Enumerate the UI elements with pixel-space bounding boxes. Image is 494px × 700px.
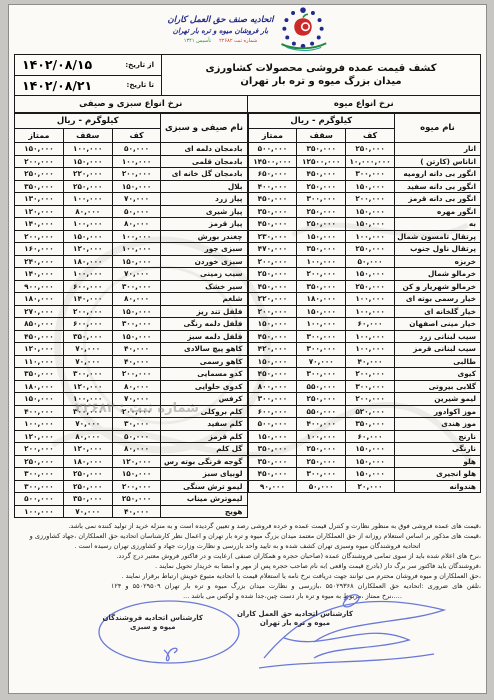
price-ceiling: ۸۰,۰۰۰: [63, 430, 112, 443]
price-ceiling: ۳۵۰,۰۰۰: [63, 330, 112, 343]
table-row: گلابی بیروتی ۳۰۰,۰۰۰ ۵۵۰,۰۰۰ ۸۰۰,۰۰۰: [248, 380, 481, 393]
price-floor: ۸۰,۰۰۰: [112, 293, 161, 306]
union-logo: اتحادیه صنف حق العمل کاران بار فروشان می…: [14, 5, 481, 54]
table-row: لیموترش میناب ۲۵۰,۰۰۰ ۳۵۰,۰۰۰ ۵۰۰,۰۰۰: [15, 493, 248, 506]
veg-col-ceiling: سقف: [63, 129, 112, 143]
price-premium: ۴۷۰,۰۰۰: [248, 243, 297, 256]
price-floor: ۱۵۰,۰۰۰: [112, 305, 161, 318]
price-premium: ۲۵۰,۰۰۰: [248, 268, 297, 281]
item-name: گل کلم: [161, 443, 247, 456]
price-ceiling: ۳۵۰,۰۰۰: [297, 143, 346, 156]
price-floor: ۴۰,۰۰۰: [112, 505, 161, 518]
price-ceiling: ۲۵۰,۰۰۰: [297, 218, 346, 231]
price-tables: نام میوه کیلوگرم - ریال کف سقف ممتاز انا…: [14, 113, 481, 518]
item-name: نارنج: [394, 430, 480, 443]
price-ceiling: ۱۸۰,۰۰۰: [297, 293, 346, 306]
item-name: کلم بروکلی: [161, 405, 247, 418]
item-name: چغندر بورش: [161, 230, 247, 243]
union-logo-text: اتحادیه صنف حق العمل کاران بار فروشان می…: [167, 15, 273, 44]
section-headers: نرخ انواع میوه نرخ انواع سبزی و صیفی: [14, 96, 481, 113]
price-ceiling: ۱۵۰,۰۰۰: [63, 230, 112, 243]
document-page: اتحادیه صنف حق العمل کاران بار فروشان می…: [8, 4, 487, 694]
title-line-2: میدان بزرگ میوه و تره بار تهران: [240, 76, 401, 87]
item-name: لیموترش میناب: [161, 493, 247, 506]
union-emblem-icon: [278, 6, 328, 54]
price-ceiling: ۱۰۰,۰۰۰: [297, 430, 346, 443]
price-floor: ۳۵۰,۰۰۰: [346, 418, 395, 431]
table-row: گوجه فرنگی بوته رس ۱۲۰,۰۰۰ ۱۸۰,۰۰۰ ۲۵۰,۰…: [15, 455, 248, 468]
price-floor: ۸۰,۰۰۰: [112, 443, 161, 456]
item-name: فلفل دلمه سبز: [161, 330, 247, 343]
note-line: ،حق العملکاران و میوه فروشان محترم می تو…: [14, 571, 481, 581]
price-floor: ۱۰۰,۰۰۰: [346, 230, 395, 243]
price-floor: ۴۰,۰۰۰: [112, 355, 161, 368]
price-ceiling: ۱۲۰,۰۰۰: [63, 243, 112, 256]
price-ceiling: ۱۲۰,۰۰۰: [63, 380, 112, 393]
price-ceiling: ۳۰۰,۰۰۰: [297, 193, 346, 206]
price-floor: ۲۵۰,۰۰۰: [346, 280, 395, 293]
price-premium: ۸۵۰,۰۰۰: [15, 318, 64, 331]
table-row: کیوی ۲۰۰,۰۰۰ ۳۰۰,۰۰۰ ۴۵۰,۰۰۰: [248, 368, 481, 381]
price-ceiling: ۱۲۰,۰۰۰: [63, 443, 112, 456]
price-ceiling: ۱۵۰,۰۰۰: [63, 155, 112, 168]
price-ceiling: ۵۰,۰۰۰: [297, 480, 346, 493]
price-premium: ۲۰۰,۰۰۰: [248, 305, 297, 318]
table-row: هلو انجیری ۱۵۰,۰۰۰ ۳۰۰,۰۰۰ ۴۵۰,۰۰۰: [248, 468, 481, 481]
note-line: ،قیمت های مذکور بر اساس استعلام روزانه ا…: [14, 531, 481, 541]
price-premium: ۴۵۰,۰۰۰: [248, 368, 297, 381]
price-ceiling: ۲۵۰,۰۰۰: [63, 180, 112, 193]
price-ceiling: ۱۴۰,۰۰۰: [63, 293, 112, 306]
table-row: سیب زمینی ۷۰,۰۰۰ ۱۰۰,۰۰۰ ۱۴۰,۰۰۰: [15, 268, 248, 281]
price-premium: ۱۴۵۰۰,۰۰۰: [248, 155, 297, 168]
item-name: سبزی جور: [161, 243, 247, 256]
table-row: پیاز قرمز ۸۰,۰۰۰ ۱۰۰,۰۰۰ ۱۴۰,۰۰۰: [15, 218, 248, 231]
price-floor: ۲۵۰,۰۰۰: [112, 493, 161, 506]
fruit-unit-header: کیلوگرم - ریال: [248, 114, 394, 129]
price-premium: ۳۵۰,۰۰۰: [15, 368, 64, 381]
item-name: سیر خشک: [161, 280, 247, 293]
price-premium: ۲۲۰,۰۰۰: [248, 293, 297, 306]
veg-name-header: نام صیفی و سبزی: [161, 114, 247, 143]
item-name: فلفل دلمه رنگی: [161, 318, 247, 331]
item-name: کاهو پیچ سالادی: [161, 343, 247, 356]
item-name: خرمالو شهریار و کن: [394, 280, 480, 293]
price-ceiling: ۴۵۰,۰۰۰: [297, 168, 346, 181]
table-row: هندوانه ۲۰,۰۰۰ ۵۰,۰۰۰ ۹۰,۰۰۰: [248, 480, 481, 493]
item-name: هلو: [394, 455, 480, 468]
item-name: کدوی حلوایی: [161, 380, 247, 393]
table-row: کاهو رسمی ۴۰,۰۰۰ ۷۰,۰۰۰ ۱۱۰,۰۰۰: [15, 355, 248, 368]
price-floor: ۴۰,۰۰۰: [346, 355, 395, 368]
price-floor: ۱۵۰,۰۰۰: [346, 205, 395, 218]
veg-unit-header: کیلوگرم - ریال: [15, 114, 161, 129]
fruit-col-premium: ممتاز: [248, 129, 297, 143]
price-floor: ۱۵۰,۰۰۰: [346, 268, 395, 281]
price-floor: ۲۰۰,۰۰۰: [346, 393, 395, 406]
price-premium: ۲۷۰,۰۰۰: [15, 305, 64, 318]
price-premium: ۱۰۰,۰۰۰: [15, 505, 64, 518]
price-floor: ۳۰۰,۰۰۰: [346, 380, 395, 393]
price-ceiling: ۴۰۰,۰۰۰: [297, 418, 346, 431]
price-ceiling: ۲۵۰,۰۰۰: [297, 443, 346, 456]
union-established: تأسیس ۱۳۴۱: [184, 38, 211, 44]
item-name: سیب لبنانی قرمز: [394, 343, 480, 356]
table-row: بادمجان دلمه ای ۵۰,۰۰۰ ۱۰۰,۰۰۰ ۱۵۰,۰۰۰: [15, 143, 248, 156]
price-premium: ۱۸۰,۰۰۰: [15, 293, 64, 306]
item-name: کلم قرمز: [161, 430, 247, 443]
item-name: خرمالو شمال: [394, 268, 480, 281]
table-row: نارنگی ۱۵۰,۰۰۰ ۲۵۰,۰۰۰ ۳۵۰,۰۰۰: [248, 443, 481, 456]
table-row: سیب لبنانی قرمز ۱۰۰,۰۰۰ ۳۰۰,۰۰۰ ۴۲۰,۰۰۰: [248, 343, 481, 356]
price-premium: ۱۲۰,۰۰۰: [15, 430, 64, 443]
veg-col-floor: کف: [112, 129, 161, 143]
price-ceiling: ۵۵۰,۰۰۰: [297, 380, 346, 393]
price-ceiling: ۸۰,۰۰۰: [63, 205, 112, 218]
price-ceiling: ۱۰۰,۰۰۰: [297, 255, 346, 268]
signature-left-line2: میوه و سبزی: [102, 623, 203, 632]
fruit-col-floor: کف: [346, 129, 395, 143]
price-premium: ۱۲۰,۰۰۰: [15, 205, 64, 218]
item-name: انار: [394, 143, 480, 156]
price-floor: ۱۲۰,۰۰۰: [112, 455, 161, 468]
table-row: سیر خشک ۳۰۰,۰۰۰ ۶۰۰,۰۰۰ ۹۰۰,۰۰۰: [15, 280, 248, 293]
item-name: لیمو شیرین: [394, 393, 480, 406]
fruit-name-header: نام میوه: [394, 114, 480, 143]
price-ceiling: ۷۰,۰۰۰: [297, 355, 346, 368]
price-premium: ۳۵۰,۰۰۰: [15, 180, 64, 193]
union-meta: شماره ثبت ۲۲۶۸۲ تأسیس ۱۳۴۱: [167, 38, 273, 44]
price-premium: ۲۰۰,۰۰۰: [15, 443, 64, 456]
item-name: انگور بی دانه ارومیه: [394, 168, 480, 181]
table-row: انگور بی دانه ارومیه ۳۰۰,۰۰۰ ۴۵۰,۰۰۰ ۶۵۰…: [248, 168, 481, 181]
item-name: خیار گلخانه ای: [394, 305, 480, 318]
signature-area: کارشناس اتحادیه حق العمل کاران میوه و تر…: [14, 602, 481, 666]
item-name: بلال: [161, 180, 247, 193]
table-row: پرتقال ناول جنوب ۲۵۰,۰۰۰ ۳۵۰,۰۰۰ ۴۷۰,۰۰۰: [248, 243, 481, 256]
price-floor: ۸۰,۰۰۰: [112, 380, 161, 393]
price-premium: ۵۰۰,۰۰۰: [15, 493, 64, 506]
price-premium: ۲۵۰,۰۰۰: [15, 455, 64, 468]
price-floor: ۷۰,۰۰۰: [112, 193, 161, 206]
price-premium: ۴۵۰,۰۰۰: [248, 218, 297, 231]
table-row: انگور بی دانه سفید ۱۵۰,۰۰۰ ۲۵۰,۰۰۰ ۴۰۰,۰…: [248, 180, 481, 193]
table-row: شلغم ۸۰,۰۰۰ ۱۴۰,۰۰۰ ۱۸۰,۰۰۰: [15, 293, 248, 306]
price-premium: ۴۵۰,۰۰۰: [248, 193, 297, 206]
fruit-table: نام میوه کیلوگرم - ریال کف سقف ممتاز انا…: [248, 113, 482, 493]
price-floor: ۳۰۰,۰۰۰: [346, 168, 395, 181]
footer-notes: ،قیمت های عمده فروشی فوق به منظور نظارت …: [14, 521, 481, 601]
price-ceiling: ۱۸۰,۰۰۰: [63, 455, 112, 468]
price-ceiling: ۲۰۰,۰۰۰: [63, 305, 112, 318]
item-name: نارنگی: [394, 443, 480, 456]
price-floor: ۷۰,۰۰۰: [112, 268, 161, 281]
price-floor: ۱۵۰,۰۰۰: [112, 468, 161, 481]
price-ceiling: ۳۵۰,۰۰۰: [297, 280, 346, 293]
price-ceiling: ۷۰,۰۰۰: [63, 355, 112, 368]
price-floor: ۱۰۰,۰۰۰: [112, 155, 161, 168]
item-name: خیار مینی اصفهان: [394, 318, 480, 331]
table-row: پیاز شیری ۵۰,۰۰۰ ۸۰,۰۰۰ ۱۲۰,۰۰۰: [15, 205, 248, 218]
item-name: خیار رسمی بوته ای: [394, 293, 480, 306]
table-row: چغندر بورش ۱۰۰,۰۰۰ ۱۵۰,۰۰۰ ۲۰۰,۰۰۰: [15, 230, 248, 243]
price-floor: ۵۲۰,۰۰۰: [346, 405, 395, 418]
price-ceiling: ۱۰۰,۰۰۰: [63, 143, 112, 156]
price-premium: ۴۵۰,۰۰۰: [248, 330, 297, 343]
table-row: پرتقال تامسون شمال ۱۰۰,۰۰۰ ۱۵۰,۰۰۰ ۲۳۰,۰…: [248, 230, 481, 243]
item-name: کاهو رسمی: [161, 355, 247, 368]
table-row: موز هندی ۳۵۰,۰۰۰ ۴۰۰,۰۰۰ ۵۰۰,۰۰۰: [248, 418, 481, 431]
item-name: موز اکوادور: [394, 405, 480, 418]
table-row: انار ۲۵۰,۰۰۰ ۳۵۰,۰۰۰ ۵۰۰,۰۰۰: [248, 143, 481, 156]
item-name: انگور مهره: [394, 205, 480, 218]
signature-right-line1: کارشناس اتحادیه حق العمل کاران: [237, 610, 353, 619]
table-row: فلفل دلمه رنگی ۳۰۰,۰۰۰ ۶۰۰,۰۰۰ ۸۵۰,۰۰۰: [15, 318, 248, 331]
item-name: گلابی بیروتی: [394, 380, 480, 393]
price-premium: ۱۵۰,۰۰۰: [248, 355, 297, 368]
price-premium: ۲۰۰,۰۰۰: [15, 230, 64, 243]
item-name: سبزی خوردن: [161, 255, 247, 268]
price-ceiling: ۳۵۰,۰۰۰: [63, 493, 112, 506]
table-row: اناناس (کارتن ) ۱۰,۰۰۰,۰۰۰ ۱۲۵۰۰,۰۰۰ ۱۴۵…: [248, 155, 481, 168]
item-name: پیاز زرد: [161, 193, 247, 206]
price-premium: ۱۸۰,۰۰۰: [15, 380, 64, 393]
date-to-label: تا تاریخ:: [127, 81, 154, 89]
price-ceiling: ۱۰۰,۰۰۰: [63, 193, 112, 206]
price-premium: ۲۵۰,۰۰۰: [15, 168, 64, 181]
price-premium: ۱۶۰,۰۰۰: [15, 243, 64, 256]
date-from-value: ۱۴۰۲/۰۸/۱۵: [22, 57, 92, 72]
price-ceiling: ۱۲۵۰۰,۰۰۰: [297, 155, 346, 168]
price-floor: ۴۰,۰۰۰: [112, 343, 161, 356]
price-premium: ۳۰۰,۰۰۰: [248, 393, 297, 406]
price-premium: ۱۵۰,۰۰۰: [248, 430, 297, 443]
price-premium: ۱۵۰,۰۰۰: [248, 318, 297, 331]
item-name: انگور بی دانه سفید: [394, 180, 480, 193]
price-floor: ۱۰۰,۰۰۰: [346, 305, 395, 318]
table-row: کلم سفید ۳۰,۰۰۰ ۷۰,۰۰۰ ۱۰۰,۰۰۰: [15, 418, 248, 431]
table-row: طالبی ۴۰,۰۰۰ ۷۰,۰۰۰ ۱۵۰,۰۰۰: [248, 355, 481, 368]
table-row: سیب لبنانی زرد ۱۰۰,۰۰۰ ۳۰۰,۰۰۰ ۴۵۰,۰۰۰: [248, 330, 481, 343]
item-name: کلم سفید: [161, 418, 247, 431]
price-floor: ۱۰۰,۰۰۰: [346, 293, 395, 306]
price-premium: ۵۰۰,۰۰۰: [248, 418, 297, 431]
veg-table: نام صیفی و سبزی کیلوگرم - ریال کف سقف مم…: [14, 113, 248, 518]
price-ceiling: ۳۰۰,۰۰۰: [297, 343, 346, 356]
item-name: شلغم: [161, 293, 247, 306]
table-row: کلم بروکلی ۲۰۰,۰۰۰ ۳۰۰,۰۰۰ ۴۰۰,۰۰۰: [15, 405, 248, 418]
price-ceiling: ۲۵۰,۰۰۰: [297, 180, 346, 193]
price-ceiling: ۷۰,۰۰۰: [63, 343, 112, 356]
table-row: موز اکوادور ۵۲۰,۰۰۰ ۵۵۰,۰۰۰ ۶۰۰,۰۰۰: [248, 405, 481, 418]
price-floor: ۵۰,۰۰۰: [346, 255, 395, 268]
price-ceiling: ۲۵۰,۰۰۰: [63, 480, 112, 493]
price-ceiling: ۳۰۰,۰۰۰: [297, 468, 346, 481]
price-floor: ۲۰۰,۰۰۰: [112, 480, 161, 493]
item-name: هلو انجیری: [394, 468, 480, 481]
date-to: تا تاریخ: ۱۴۰۲/۰۸/۲۱: [15, 76, 162, 96]
table-row: پیاز زرد ۷۰,۰۰۰ ۱۰۰,۰۰۰ ۱۳۰,۰۰۰: [15, 193, 248, 206]
price-premium: ۴۰۰,۰۰۰: [15, 405, 64, 418]
union-subname: بار فروشان میوه و تره بار تهران: [167, 27, 273, 35]
price-ceiling: ۲۲۰,۰۰۰: [63, 168, 112, 181]
table-row: انگور مهره ۱۵۰,۰۰۰ ۲۵۰,۰۰۰ ۳۵۰,۰۰۰: [248, 205, 481, 218]
price-floor: ۲۵۰,۰۰۰: [346, 143, 395, 156]
price-premium: ۲۴۰,۰۰۰: [15, 255, 64, 268]
price-ceiling: ۷۰,۰۰۰: [63, 505, 112, 518]
price-floor: ۳۰,۰۰۰: [112, 418, 161, 431]
veg-col-premium: ممتاز: [15, 129, 64, 143]
table-row: لیمو شیرین ۲۰۰,۰۰۰ ۲۵۰,۰۰۰ ۳۰۰,۰۰۰: [248, 393, 481, 406]
price-ceiling: ۲۵۰,۰۰۰: [297, 455, 346, 468]
item-name: پرتقال ناول جنوب: [394, 243, 480, 256]
price-ceiling: ۲۰۰,۰۰۰: [297, 268, 346, 281]
price-ceiling: ۳۰۰,۰۰۰: [297, 368, 346, 381]
table-row: کدوی حلوایی ۸۰,۰۰۰ ۱۲۰,۰۰۰ ۱۸۰,۰۰۰: [15, 380, 248, 393]
price-floor: ۵۰,۰۰۰: [112, 430, 161, 443]
price-ceiling: ۱۰۰,۰۰۰: [63, 393, 112, 406]
price-premium: ۲۳۰,۰۰۰: [248, 230, 297, 243]
price-floor: ۷۰,۰۰۰: [112, 393, 161, 406]
price-floor: ۵۰,۰۰۰: [112, 143, 161, 156]
item-name: موز هندی: [394, 418, 480, 431]
price-ceiling: ۳۰۰,۰۰۰: [297, 330, 346, 343]
item-name: کرفس: [161, 393, 247, 406]
price-premium: ۱۵۰,۰۰۰: [15, 143, 64, 156]
price-ceiling: ۱۸۰,۰۰۰: [63, 255, 112, 268]
note-line: ....،نرخ ممتاز ،مربوط به میوه و تره بار …: [14, 591, 481, 601]
item-name: سیب زمینی: [161, 268, 247, 281]
price-ceiling: ۵۵۰,۰۰۰: [297, 405, 346, 418]
price-floor: ۸۰,۰۰۰: [112, 218, 161, 231]
table-row: فلفل دلمه سبز ۱۵۰,۰۰۰ ۳۵۰,۰۰۰ ۴۵۰,۰۰۰: [15, 330, 248, 343]
table-row: گل کلم ۸۰,۰۰۰ ۱۲۰,۰۰۰ ۲۰۰,۰۰۰: [15, 443, 248, 456]
price-premium: ۱۰۰,۰۰۰: [15, 418, 64, 431]
table-row: نارنج ۶۰,۰۰۰ ۱۰۰,۰۰۰ ۱۵۰,۰۰۰: [248, 430, 481, 443]
price-ceiling: ۱۰۰,۰۰۰: [63, 268, 112, 281]
table-row: لوبیای سبز ۱۵۰,۰۰۰ ۲۵۰,۰۰۰ ۳۰۰,۰۰۰: [15, 468, 248, 481]
price-ceiling: ۳۵۰,۰۰۰: [297, 243, 346, 256]
price-floor: ۲۰۰,۰۰۰: [346, 193, 395, 206]
note-line: ،فروشندگان باید فاکتور سر برگ دار (بادرج…: [14, 561, 481, 571]
table-row: بادمجان گل خانه ای ۲۰۰,۰۰۰ ۲۲۰,۰۰۰ ۲۵۰,۰…: [15, 168, 248, 181]
signature-right-line2: میوه و تره بار تهران: [237, 619, 353, 628]
price-premium: ۳۵۰,۰۰۰: [248, 205, 297, 218]
table-row: کلم قرمز ۵۰,۰۰۰ ۸۰,۰۰۰ ۱۲۰,۰۰۰: [15, 430, 248, 443]
price-premium: ۳۰۰,۰۰۰: [15, 480, 64, 493]
price-floor: ۶۰,۰۰۰: [346, 430, 395, 443]
veg-table-container: نام صیفی و سبزی کیلوگرم - ریال کف سقف مم…: [14, 113, 248, 518]
price-premium: ۳۵۰,۰۰۰: [248, 443, 297, 456]
price-premium: ۱۴۰,۰۰۰: [15, 218, 64, 231]
table-row: کاهو پیچ سالادی ۴۰,۰۰۰ ۷۰,۰۰۰ ۱۲۰,۰۰۰: [15, 343, 248, 356]
item-name: لوبیای سبز: [161, 468, 247, 481]
price-floor: ۲۰۰,۰۰۰: [112, 168, 161, 181]
item-name: به: [394, 218, 480, 231]
item-name: پیاز شیری: [161, 205, 247, 218]
document-header: کشف قیمت عمده فروشی محصولات کشاورزی میدا…: [14, 54, 481, 96]
price-floor: ۱۵۰,۰۰۰: [346, 180, 395, 193]
item-name: خربزه: [394, 255, 480, 268]
price-floor: ۱۵۰,۰۰۰: [346, 218, 395, 231]
union-name: اتحادیه صنف حق العمل کاران: [167, 15, 273, 25]
price-floor: ۱۰۰,۰۰۰: [112, 230, 161, 243]
price-premium: ۱۲۰,۰۰۰: [15, 343, 64, 356]
table-row: کرفس ۷۰,۰۰۰ ۱۰۰,۰۰۰ ۱۵۰,۰۰۰: [15, 393, 248, 406]
title-line-1: کشف قیمت عمده فروشی محصولات کشاورزی: [205, 63, 436, 74]
table-row: بلال ۱۵۰,۰۰۰ ۲۵۰,۰۰۰ ۳۵۰,۰۰۰: [15, 180, 248, 193]
price-floor: ۶۰,۰۰۰: [346, 318, 395, 331]
price-ceiling: ۲۵۰,۰۰۰: [297, 393, 346, 406]
price-ceiling: ۱۵۰,۰۰۰: [297, 305, 346, 318]
note-line: ،تلفن های ضروری :اتحادیه حق العملکاران ۵…: [14, 581, 481, 591]
table-row: خربزه ۵۰,۰۰۰ ۱۰۰,۰۰۰ ۲۰۰,۰۰۰: [248, 255, 481, 268]
item-name: طالبی: [394, 355, 480, 368]
price-premium: ۲۰۰,۰۰۰: [248, 255, 297, 268]
price-floor: ۲۰,۰۰۰: [346, 480, 395, 493]
price-floor: ۱۰۰,۰۰۰: [346, 330, 395, 343]
table-row: فلفل تند ریز ۱۵۰,۰۰۰ ۲۰۰,۰۰۰ ۲۷۰,۰۰۰: [15, 305, 248, 318]
date-from: از تاریخ: ۱۴۰۲/۰۸/۱۵: [15, 55, 162, 76]
price-ceiling: ۳۰۰,۰۰۰: [63, 405, 112, 418]
item-name: سیب لبنانی زرد: [394, 330, 480, 343]
union-registration: شماره ثبت ۲۲۶۸۲: [219, 38, 257, 44]
item-name: لیمو ترش سنگی: [161, 480, 247, 493]
price-floor: ۳۰۰,۰۰۰: [112, 280, 161, 293]
section-title-veg: نرخ انواع سبزی و صیفی: [15, 96, 248, 112]
note-line: ،نرخ های اعلام شده باید از سوی تمامی فرو…: [14, 551, 481, 561]
table-row: هلو ۱۵۰,۰۰۰ ۲۵۰,۰۰۰ ۳۵۰,۰۰۰: [248, 455, 481, 468]
item-name: بادمجان گل خانه ای: [161, 168, 247, 181]
item-name: بادمجان قلمی: [161, 155, 247, 168]
document-title: کشف قیمت عمده فروشی محصولات کشاورزی میدا…: [162, 55, 480, 95]
table-row: هویج ۴۰,۰۰۰ ۷۰,۰۰۰ ۱۰۰,۰۰۰: [15, 505, 248, 518]
signature-left-line1: کارشناس اتحادیه فروشندگان: [102, 614, 203, 623]
table-row: خیار مینی اصفهان ۶۰,۰۰۰ ۱۰۰,۰۰۰ ۱۵۰,۰۰۰: [248, 318, 481, 331]
table-row: خیار رسمی بوته ای ۱۰۰,۰۰۰ ۱۸۰,۰۰۰ ۲۲۰,۰۰…: [248, 293, 481, 306]
price-floor: ۱۰۰,۰۰۰: [112, 243, 161, 256]
price-premium: ۱۳۰,۰۰۰: [15, 193, 64, 206]
price-premium: ۲۰۰,۰۰۰: [15, 155, 64, 168]
price-premium: ۱۴۰,۰۰۰: [15, 268, 64, 281]
price-ceiling: ۱۰۰,۰۰۰: [297, 318, 346, 331]
table-row: انگور بی دانه قرمز ۲۰۰,۰۰۰ ۳۰۰,۰۰۰ ۴۵۰,۰…: [248, 193, 481, 206]
price-floor: ۱۵۰,۰۰۰: [112, 330, 161, 343]
price-premium: ۱۱۰,۰۰۰: [15, 355, 64, 368]
price-premium: ۶۵۰,۰۰۰: [248, 168, 297, 181]
price-premium: ۱۵۰,۰۰۰: [15, 393, 64, 406]
price-premium: ۶۰۰,۰۰۰: [248, 405, 297, 418]
date-to-value: ۱۴۰۲/۰۸/۲۱: [22, 78, 92, 93]
item-name: پرتقال تامسون شمال: [394, 230, 480, 243]
table-row: سبزی جور ۱۰۰,۰۰۰ ۱۲۰,۰۰۰ ۱۶۰,۰۰۰: [15, 243, 248, 256]
section-title-fruit: نرخ انواع میوه: [248, 96, 481, 112]
price-floor: ۱۵۰,۰۰۰: [112, 180, 161, 193]
price-premium: ۳۵۰,۰۰۰: [248, 455, 297, 468]
item-name: انگور بی دانه قرمز: [394, 193, 480, 206]
price-premium: ۵۰۰,۰۰۰: [248, 143, 297, 156]
signature-left-label: کارشناس اتحادیه فروشندگان میوه و سبزی: [102, 614, 203, 632]
price-premium: ۴۵۰,۰۰۰: [15, 330, 64, 343]
price-premium: ۴۲۰,۰۰۰: [248, 343, 297, 356]
price-ceiling: ۱۰۰,۰۰۰: [63, 218, 112, 231]
item-name: اناناس (کارتن ): [394, 155, 480, 168]
table-row: به ۱۵۰,۰۰۰ ۲۵۰,۰۰۰ ۴۵۰,۰۰۰: [248, 218, 481, 231]
table-row: بادمجان قلمی ۱۰۰,۰۰۰ ۱۵۰,۰۰۰ ۲۰۰,۰۰۰: [15, 155, 248, 168]
price-floor: ۲۵۰,۰۰۰: [346, 243, 395, 256]
price-ceiling: ۲۵۰,۰۰۰: [63, 468, 112, 481]
fruit-table-container: نام میوه کیلوگرم - ریال کف سقف ممتاز انا…: [248, 113, 482, 493]
